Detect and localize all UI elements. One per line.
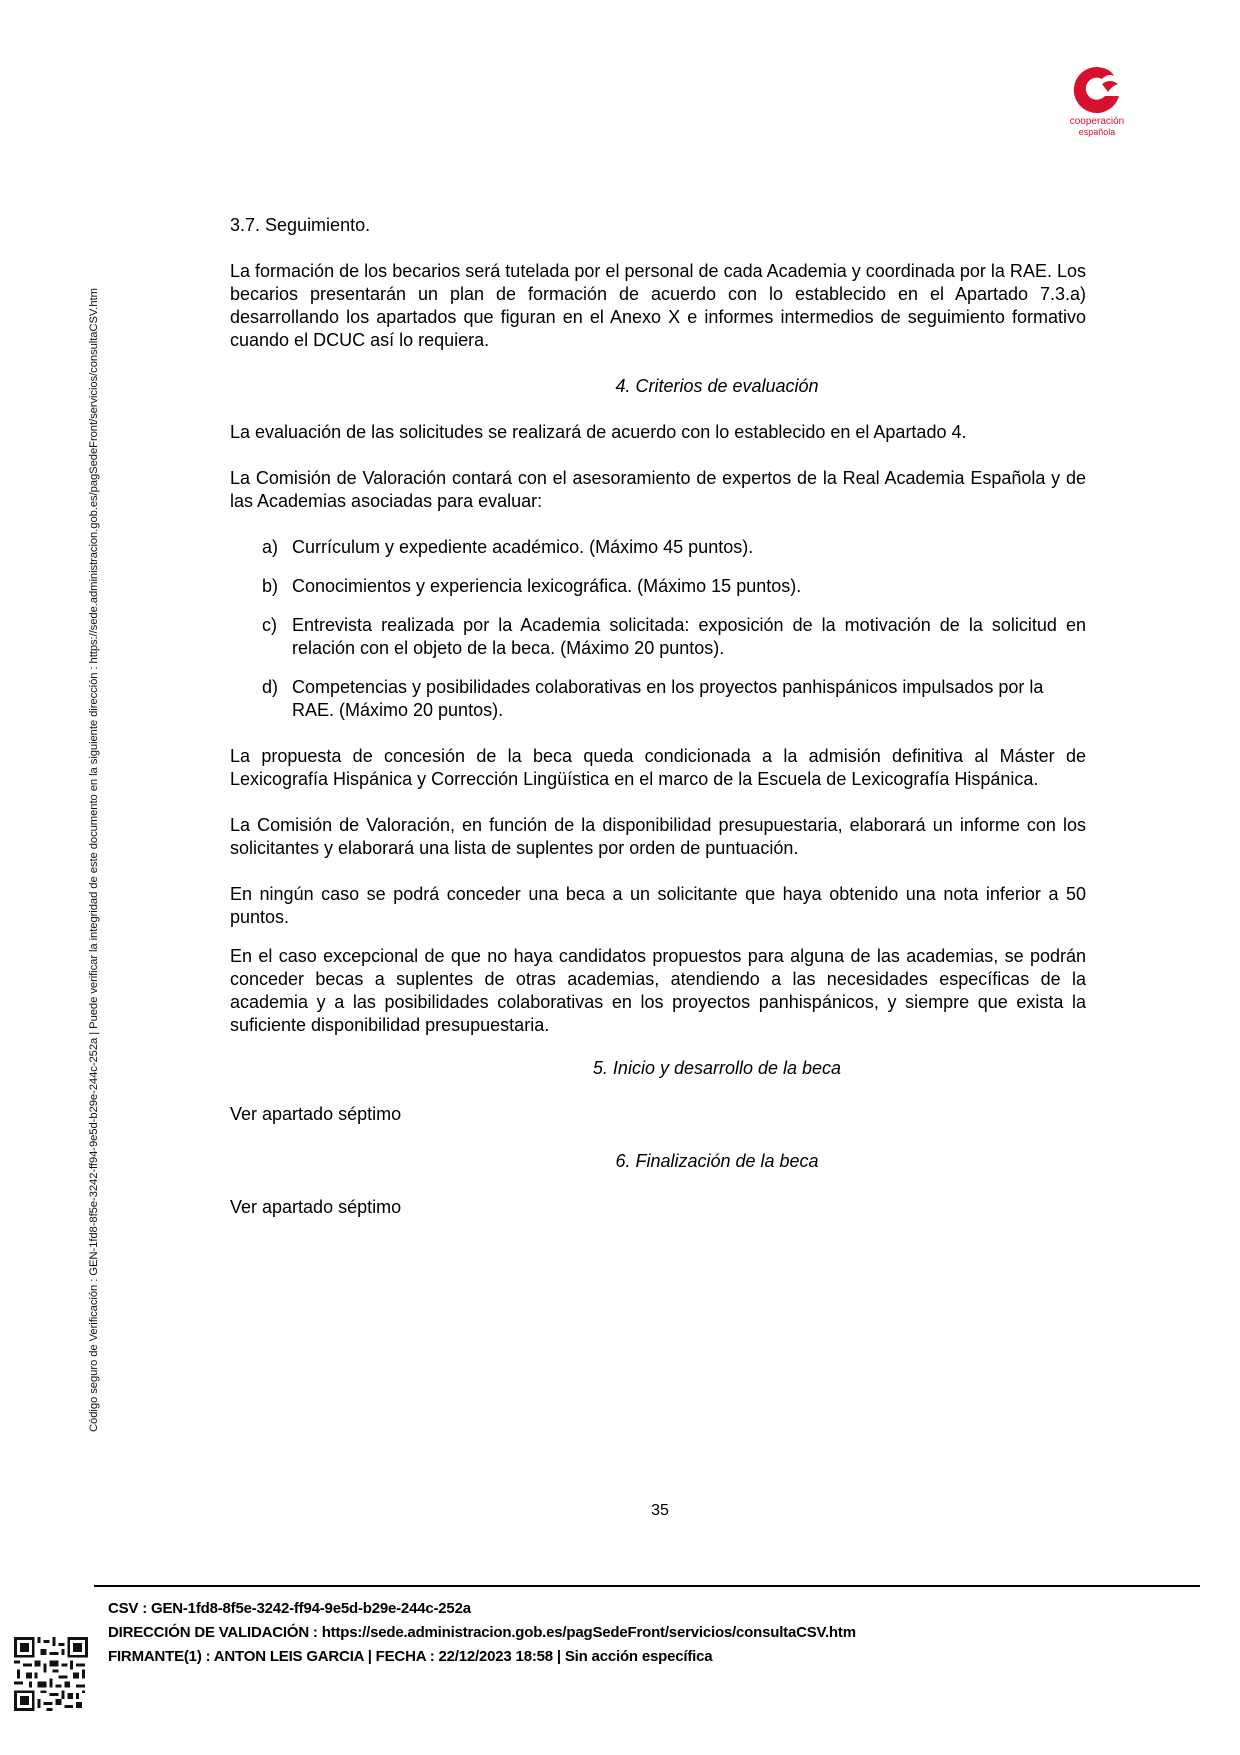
section-5-heading: 5. Inicio y desarrollo de la beca [230, 1057, 1086, 1080]
footer-divider [94, 1585, 1200, 1587]
list-marker: b) [262, 575, 292, 598]
signer-info: FIRMANTE(1) : ANTON LEIS GARCIA | FECHA … [108, 1645, 856, 1669]
section-4-paragraph-3: La propuesta de concesión de la beca que… [230, 745, 1086, 791]
section-4-paragraph-5: En ningún caso se podrá conceder una bec… [230, 883, 1086, 929]
logo-line-2: española [1052, 127, 1142, 138]
cooperacion-espanola-logo: cooperación española [1052, 64, 1142, 154]
signature-footer: CSV : GEN-1fd8-8f5e-3242-ff94-9e5d-b29e-… [108, 1597, 856, 1669]
section-4-paragraph-1: La evaluación de las solicitudes se real… [230, 421, 1086, 444]
list-text: Entrevista realizada por la Academia sol… [292, 614, 1086, 660]
section-4-paragraph-4: La Comisión de Valoración, en función de… [230, 814, 1086, 860]
section-6-heading: 6. Finalización de la beca [230, 1150, 1086, 1173]
list-text: Competencias y posibilidades colaborativ… [292, 676, 1086, 722]
csv-code: CSV : GEN-1fd8-8f5e-3242-ff94-9e5d-b29e-… [108, 1597, 856, 1621]
section-4-paragraph-2: La Comisión de Valoración contará con el… [230, 467, 1086, 513]
evaluation-criteria-list: a) Currículum y expediente académico. (M… [262, 536, 1086, 722]
document-body: 3.7. Seguimiento. La formación de los be… [230, 214, 1086, 1242]
list-marker: c) [262, 614, 292, 660]
section-6-body: Ver apartado séptimo [230, 1196, 1086, 1219]
list-item: d) Competencias y posibilidades colabora… [262, 676, 1086, 722]
list-item: c) Entrevista realizada por la Academia … [262, 614, 1086, 660]
validation-address: DIRECCIÓN DE VALIDACIÓN : https://sede.a… [108, 1621, 856, 1645]
list-marker: d) [262, 676, 292, 722]
section-5-body: Ver apartado séptimo [230, 1103, 1086, 1126]
list-marker: a) [262, 536, 292, 559]
list-text: Currículum y expediente académico. (Máxi… [292, 536, 1086, 559]
logo-c-icon [1072, 64, 1122, 116]
section-3-7-title: 3.7. Seguimiento. [230, 214, 1086, 237]
section-3-7-body: La formación de los becarios será tutela… [230, 260, 1086, 352]
list-item: b) Conocimientos y experiencia lexicográ… [262, 575, 1086, 598]
section-4-paragraph-6: En el caso excepcional de que no haya ca… [230, 945, 1086, 1037]
logo-line-1: cooperación [1052, 116, 1142, 127]
list-item: a) Currículum y expediente académico. (M… [262, 536, 1086, 559]
page-number: 35 [0, 1502, 1240, 1520]
list-text: Conocimientos y experiencia lexicográfic… [292, 575, 1086, 598]
section-4-heading: 4. Criterios de evaluación [230, 375, 1086, 398]
qr-code-icon [14, 1637, 88, 1711]
verification-side-text: Código seguro de Verificación : GEN-1fd8… [88, 288, 100, 1432]
logo-text: cooperación española [1052, 116, 1142, 138]
